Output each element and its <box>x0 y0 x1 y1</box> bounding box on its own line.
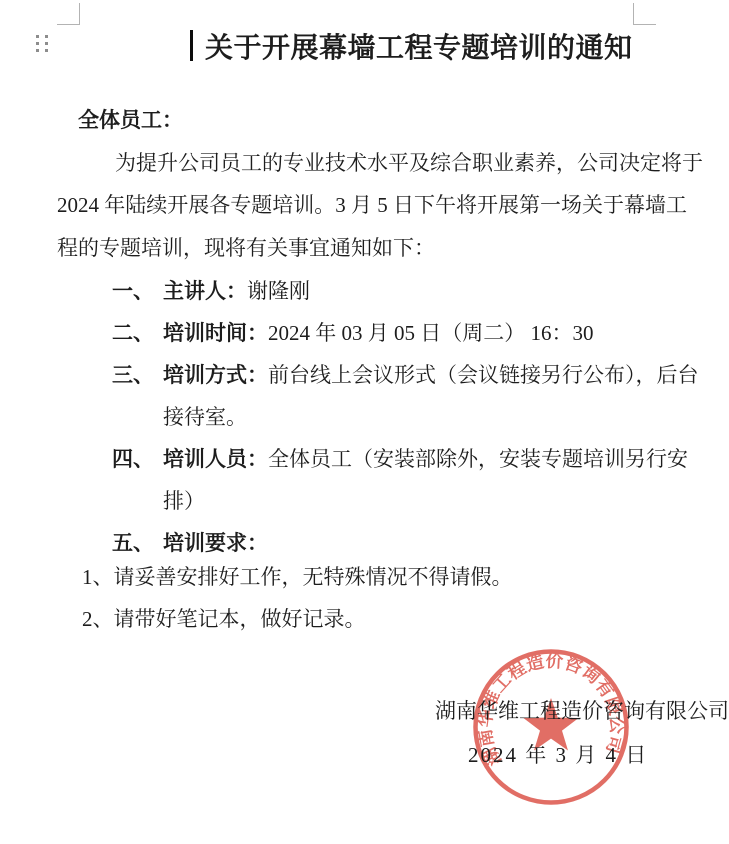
company-signature: 湖南华维工程造价咨询有限公司 <box>435 695 729 725</box>
list-item-text: 全体员工（安装部除外，安装专题培训另行安 <box>268 447 688 471</box>
list-item-4-continuation: 排） <box>163 489 205 513</box>
list-item-number: 一、 <box>112 279 163 303</box>
page-corner-mark-right <box>633 3 656 25</box>
page-title: 关于开展幕墙工程专题培训的通知 <box>205 26 633 66</box>
list-item-3: 三、培训方式：前台线上会议形式（会议链接另行公布），后台 <box>112 363 699 387</box>
list-item-number: 二、 <box>112 321 163 345</box>
list-item-label: 培训时间： <box>163 321 268 345</box>
document-page[interactable]: 关于开展幕墙工程专题培训的通知 全体员工： 为提升公司员工的专业技术水平及综合职… <box>0 0 729 844</box>
list-item-4: 四、培训人员：全体员工（安装部除外，安装专题培训另行安 <box>112 447 688 471</box>
list-item-number: 三、 <box>112 363 163 387</box>
list-item-number: 五、 <box>112 531 163 555</box>
requirement-line-1: 1、请妥善安排好工作，无特殊情况不得请假。 <box>82 565 513 589</box>
list-item-label: 主讲人： <box>163 279 247 303</box>
list-item-2: 二、培训时间：2024 年 03 月 05 日（周二） 16：30 <box>112 321 594 345</box>
list-item-label: 培训方式： <box>163 363 268 387</box>
company-seal: 湖南华维工程造价咨询有限公司 <box>463 639 639 815</box>
date-line: 2024 年 3 月 4 日 <box>468 739 648 769</box>
text-cursor <box>190 30 193 61</box>
list-item-text: 谢隆刚 <box>247 279 310 303</box>
intro-line-1: 为提升公司员工的专业技术水平及综合职业素养，公司决定将于 <box>115 151 703 175</box>
list-item-label: 培训人员： <box>163 447 268 471</box>
intro-line-2: 2024 年陆续开展各专题培训。3 月 5 日下午将开展第一场关于幕墙工 <box>57 193 687 217</box>
page-corner-mark-left <box>57 3 80 25</box>
list-item-label: 培训要求： <box>163 531 268 555</box>
requirement-line-2: 2、请带好笔记本，做好记录。 <box>82 607 366 631</box>
salutation: 全体员工： <box>78 108 183 132</box>
intro-line-3: 程的专题培训，现将有关事宜通知如下： <box>57 236 435 260</box>
list-item-text: 前台线上会议形式（会议链接另行公布），后台 <box>268 363 699 387</box>
list-item-1: 一、主讲人：谢隆刚 <box>112 279 310 303</box>
list-item-3-continuation: 接待室。 <box>163 405 247 429</box>
list-item-number: 四、 <box>112 447 163 471</box>
list-item-text: 2024 年 03 月 05 日（周二） 16：30 <box>268 321 594 345</box>
drag-handle-icon[interactable] <box>36 35 48 52</box>
list-item-5: 五、培训要求： <box>112 531 268 555</box>
